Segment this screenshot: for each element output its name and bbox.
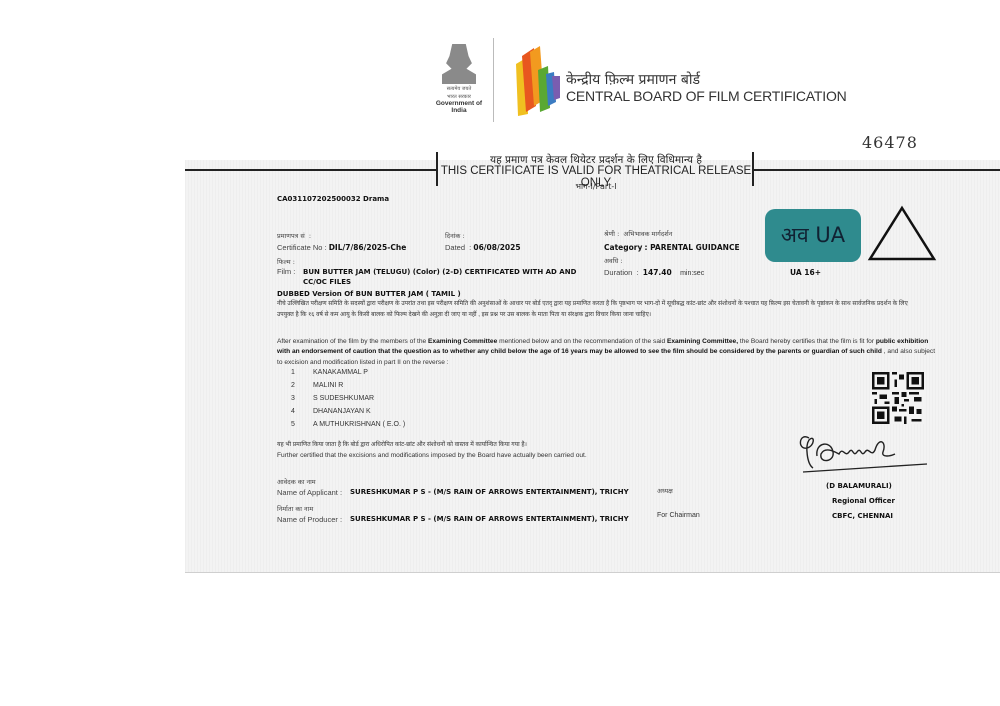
committee-member: 5A MUTHUKRISHNAN ( E.O. )	[291, 421, 405, 434]
cert-no-value: DIL/7/86/2025-Che	[329, 243, 407, 252]
qr-code-icon	[872, 371, 924, 425]
signatory-name: (D BALAMURALI)	[826, 482, 892, 490]
category-hindi: श्रेणी : अभिभावक मार्गदर्शन	[604, 229, 672, 238]
logo-divider	[493, 38, 494, 122]
film-title: BUN BUTTER JAM (TELUGU) (Color) (2-D) CE…	[303, 267, 576, 287]
board-name-hindi: केन्द्रीय फ़िल्म प्रमाणन बोर्ड	[566, 70, 700, 89]
signatory-title: Regional Officer	[832, 497, 895, 505]
signatory-office: CBFC, CHENNAI	[832, 512, 893, 520]
applicant-label: Name of Applicant :	[277, 488, 342, 497]
government-label: Government of India	[430, 100, 488, 114]
certification-text-hindi: नीचे उल्लिखित परीक्षण समिति के सदस्यों द…	[277, 299, 923, 321]
committee-list: 1KANAKAMMAL P 2MALINI R 3S SUDESHKUMAR 4…	[291, 369, 405, 434]
duration-row: Duration : 147.40 min:sec	[604, 268, 704, 277]
producer-label: Name of Producer :	[277, 515, 342, 524]
further-certified-hindi: यह भी प्रमाणित किया जाता है कि बोर्ड द्व…	[277, 440, 527, 450]
further-certified-english: Further certified that the excisions and…	[277, 451, 587, 461]
committee-member: 3S SUDESHKUMAR	[291, 395, 405, 408]
cert-no-hindi: प्रमाणपत्र सं :	[277, 231, 311, 240]
film-hindi: फिल्म :	[277, 257, 295, 266]
duration-hindi: अवधि :	[604, 256, 623, 265]
header-bracket-left	[436, 152, 438, 186]
part-label: भाग-I/Part-I	[440, 181, 752, 192]
emblem-motto: सत्यमेव जयते	[430, 86, 488, 92]
serial-number: 46478	[862, 133, 918, 152]
government-emblem: सत्यमेव जयते भारत सरकार Government of In…	[430, 44, 488, 120]
category-value: PARENTAL GUIDANCE	[650, 243, 740, 252]
committee-member: 4DHANANJAYAN K	[291, 408, 405, 421]
film-label: Film :	[277, 267, 295, 276]
rating-label: UA 16+	[790, 268, 821, 277]
committee-member: 1KANAKAMMAL P	[291, 369, 405, 382]
triangle-icon	[866, 204, 938, 262]
applicant-hindi: आवेदक का नाम	[277, 477, 316, 486]
board-name-english: CENTRAL BOARD OF FILM CERTIFICATION	[566, 88, 847, 104]
applicant-value: SURESHKUMAR P S - (M/S RAIN OF ARROWS EN…	[350, 488, 629, 496]
chairman-hindi: अध्यक्ष	[657, 486, 673, 495]
dated-hindi: दिनांक :	[445, 231, 465, 240]
ashoka-emblem-icon	[442, 44, 476, 84]
rating-badge: अव UA	[765, 209, 861, 262]
dubbed-version: DUBBED Version Of BUN BUTTER JAM ( TAMIL…	[277, 290, 461, 298]
signature-icon	[795, 428, 930, 476]
header-rule-right	[753, 169, 1000, 171]
category-row: Category : PARENTAL GUIDANCE	[604, 243, 740, 252]
producer-hindi: निर्माता का नाम	[277, 504, 313, 513]
cert-no-row: Certificate No : DIL/7/86/2025-Che	[277, 243, 406, 252]
header-rule-left	[185, 169, 437, 171]
dated-value: 06/08/2025	[473, 243, 520, 252]
certification-text-english: After examination of the film by the mem…	[277, 337, 937, 368]
committee-member: 2MALINI R	[291, 382, 405, 395]
certificate-reference: CA031107202500032 Drama	[277, 195, 389, 203]
producer-value: SURESHKUMAR P S - (M/S RAIN OF ARROWS EN…	[350, 515, 629, 523]
for-chairman: For Chairman	[657, 512, 700, 519]
cbfc-logo-icon	[512, 44, 564, 118]
duration-value: 147.40	[643, 268, 672, 277]
dated-row: Dated : 06/08/2025	[445, 243, 521, 252]
